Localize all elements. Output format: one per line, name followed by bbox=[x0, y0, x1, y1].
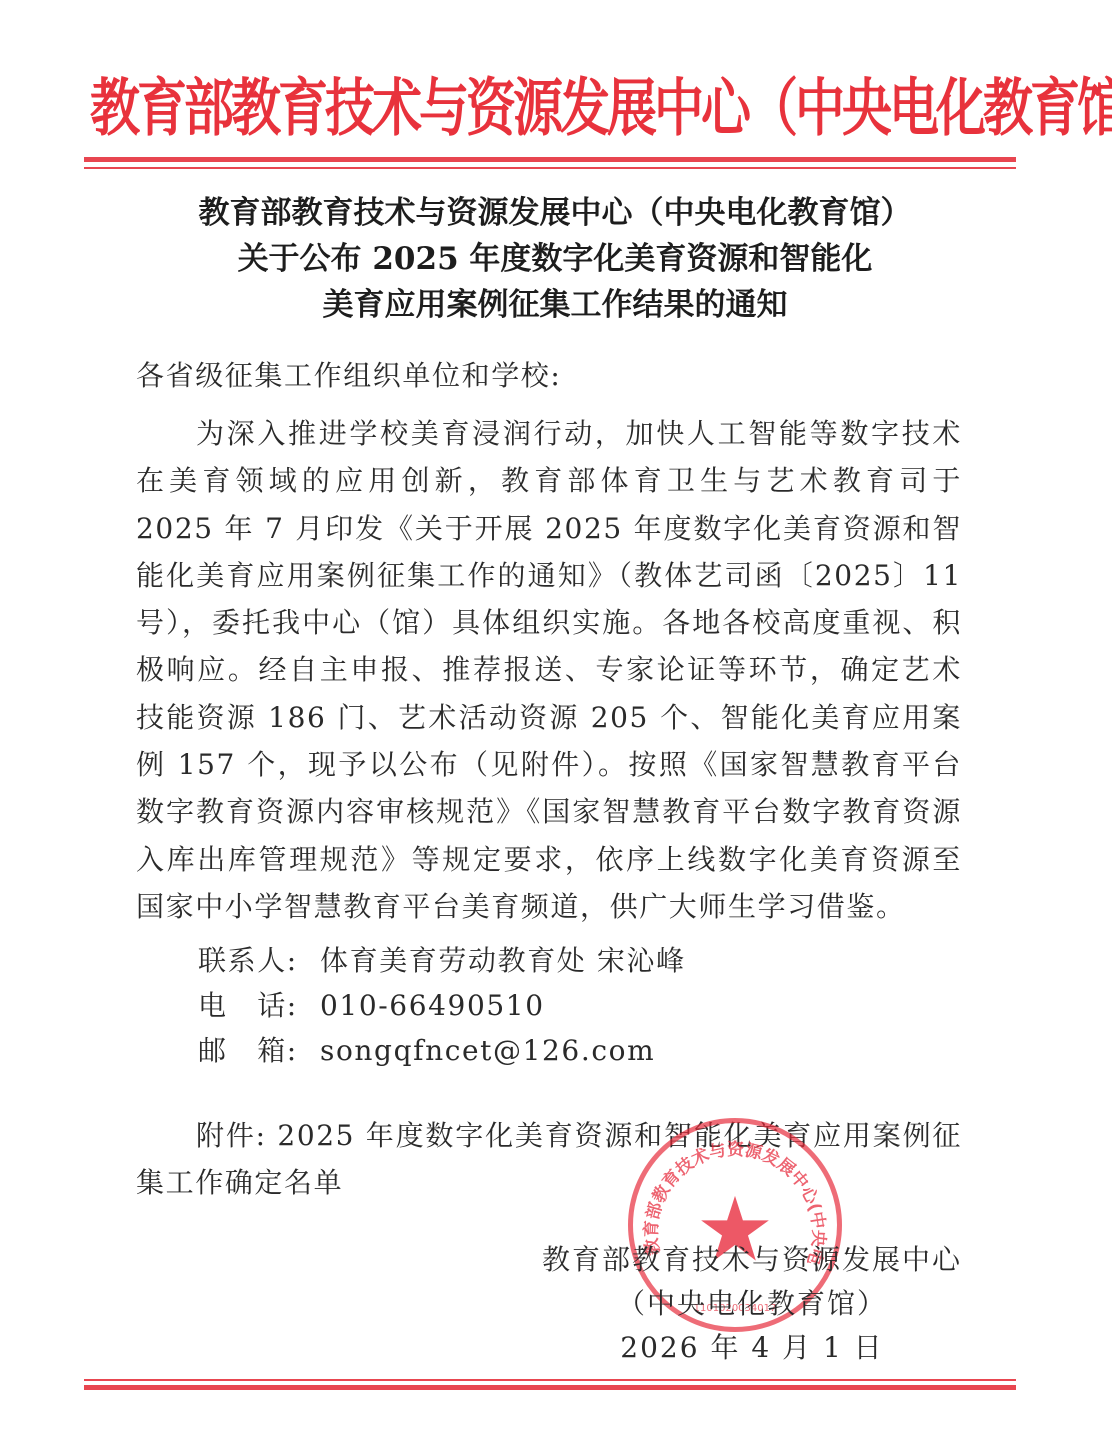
salutation: 各省级征集工作组织单位和学校: bbox=[136, 352, 962, 399]
contact-block: 联系人:体育美育劳动教育处 宋沁峰 电 话:010-66490510 邮 箱:s… bbox=[198, 938, 686, 1073]
contact-phone-label: 电 话: bbox=[198, 983, 320, 1028]
contact-person-value: 体育美育劳动教育处 宋沁峰 bbox=[320, 944, 686, 977]
contact-phone-value: 010-66490510 bbox=[320, 989, 545, 1022]
signature-org-line-2: （中央电化教育馆） bbox=[542, 1282, 962, 1326]
title-line-3: 美育应用案例征集工作结果的通知 bbox=[100, 282, 1010, 328]
contact-person-label: 联系人: bbox=[198, 938, 320, 983]
header-rule-thin bbox=[84, 167, 1016, 169]
title-line-2: 关于公布 2025 年度数字化美育资源和智能化 bbox=[100, 236, 1010, 282]
title-line-1: 教育部教育技术与资源发展中心（中央电化教育馆） bbox=[100, 190, 1010, 236]
signature-org-line-1: 教育部教育技术与资源发展中心 bbox=[542, 1238, 962, 1282]
contact-phone-row: 电 话:010-66490510 bbox=[198, 983, 686, 1028]
contact-email-value: songqfncet@126.com bbox=[320, 1034, 655, 1067]
attachment-note: 附件: 2025 年度数字化美育资源和智能化美育应用案例征集工作确定名单 bbox=[136, 1112, 962, 1207]
header-rule-thick bbox=[84, 157, 1016, 162]
signature-block: 教育部教育技术与资源发展中心 （中央电化教育馆） 2026 年 4 月 1 日 bbox=[542, 1238, 962, 1370]
document-title: 教育部教育技术与资源发展中心（中央电化教育馆） 关于公布 2025 年度数字化美… bbox=[100, 190, 1010, 328]
contact-person-row: 联系人:体育美育劳动教育处 宋沁峰 bbox=[198, 938, 686, 983]
contact-email-label: 邮 箱: bbox=[198, 1028, 320, 1073]
contact-email-row: 邮 箱:songqfncet@126.com bbox=[198, 1028, 686, 1073]
signature-date: 2026 年 4 月 1 日 bbox=[542, 1326, 962, 1370]
footer-rule-thin bbox=[84, 1379, 1016, 1381]
footer-rule-thick bbox=[84, 1385, 1016, 1390]
body-paragraph: 为深入推进学校美育浸润行动，加快人工智能等数字技术在美育领域的应用创新，教育部体… bbox=[136, 410, 962, 930]
masthead-title: 教育部教育技术与资源发展中心（中央电化教育馆）函件 bbox=[90, 58, 1020, 148]
